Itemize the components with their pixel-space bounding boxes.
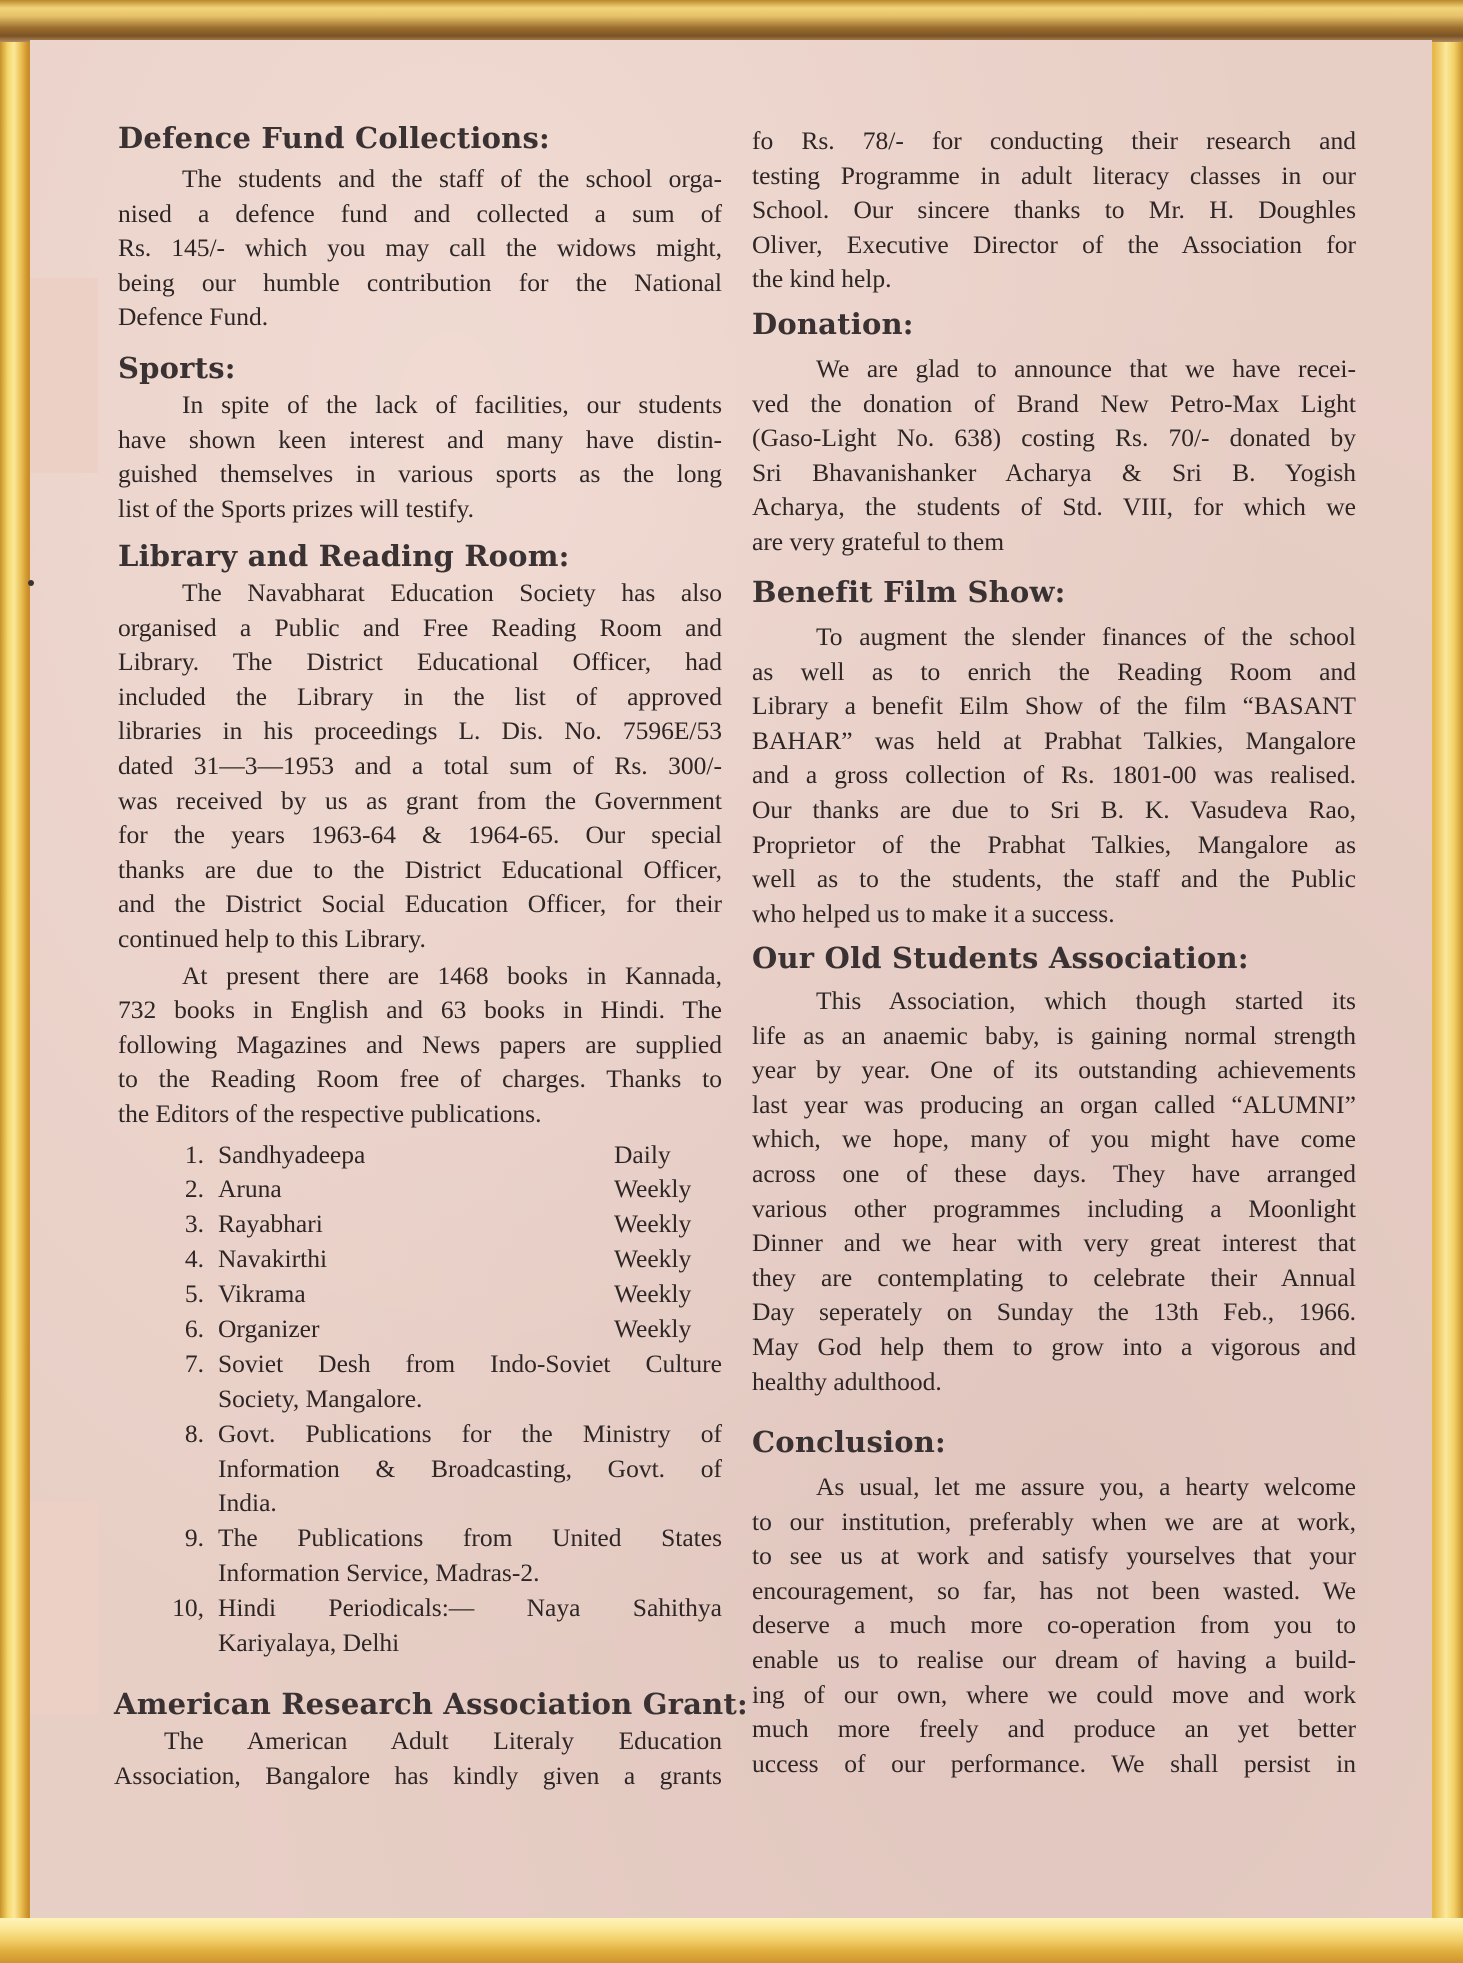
text-line: to see us at work and satisfy yourselves… <box>752 1539 1356 1574</box>
text-line: Library. The District Educational Office… <box>118 645 722 680</box>
publication-name: Sandhyadeepa <box>218 1138 365 1173</box>
section-old-students-association: Our Old Students Association: This Assoc… <box>752 938 1356 1399</box>
publication-frequency: Weekly <box>614 1277 691 1312</box>
paragraph: We are glad to announce that we have rec… <box>752 352 1356 560</box>
section-heading: Benefit Film Show: <box>752 572 1356 612</box>
text-line: Soviet Desh from Indo-Soviet Culture <box>218 1347 722 1382</box>
text-line: the Editors of the respective publicatio… <box>118 1097 722 1132</box>
text-line: We are glad to announce that we have rec… <box>752 352 1356 387</box>
section-heading: Our Old Students Association: <box>752 938 1356 978</box>
text-line: life as an anaemic baby, is gaining norm… <box>752 1019 1356 1054</box>
text-line: healthy adulthood. <box>752 1365 1356 1400</box>
text-line: School. Our sincere thanks to Mr. H. Dou… <box>752 193 1356 228</box>
paragraph: The American Adult Literaly Education As… <box>114 1724 722 1793</box>
section-heading: Defence Fund Collections: <box>118 118 722 158</box>
section-benefit-film-show: Benefit Film Show: To augment the slende… <box>752 572 1356 931</box>
text-line: nised a defence fund and collected a sum… <box>118 197 722 232</box>
text-line: Sri Bhavanishanker Acharya & Sri B. Yogi… <box>752 456 1356 491</box>
text-line: At present there are 1468 books in Kanna… <box>118 959 722 994</box>
section-american-grant-continued: fo Rs. 78/- for conducting their researc… <box>752 124 1356 297</box>
text-line: was received by us as grant from the Gov… <box>118 784 722 819</box>
text-line: To augment the slender finances of the s… <box>752 620 1356 655</box>
text-line: Our thanks are due to Sri B. K. Vasudeva… <box>752 793 1356 828</box>
text-line: Hindi Periodicals:— Naya Sahithya <box>218 1591 722 1626</box>
text-line: India. <box>218 1486 722 1521</box>
text-line: organised a Public and Free Reading Room… <box>118 611 722 646</box>
text-line: much more freely and produce an yet bett… <box>752 1712 1356 1747</box>
item-number: 2. <box>158 1172 204 1207</box>
list-item: 6. Organizer Weekly <box>158 1312 722 1347</box>
text-line: Society, Mangalore. <box>218 1382 722 1417</box>
publication-name: Aruna <box>218 1172 282 1207</box>
text-line: The Publications from United States <box>218 1521 722 1556</box>
text-line: Information & Broadcasting, Govt. of <box>218 1452 722 1487</box>
text-line: Library a benefit Eilm Show of the film … <box>752 689 1356 724</box>
item-number: 1. <box>158 1138 204 1173</box>
publication-frequency: Weekly <box>614 1242 691 1277</box>
text-line: ved the donation of Brand New Petro-Max … <box>752 387 1356 422</box>
text-line: following Magazines and News papers are … <box>118 1028 722 1063</box>
item-number: 3. <box>158 1207 204 1242</box>
list-item: 10, Hindi Periodicals:— Naya Sahithya Ka… <box>158 1591 722 1661</box>
text-line: thanks are due to the District Education… <box>118 853 722 888</box>
publication-name: Navakirthi <box>218 1242 327 1277</box>
section-heading: Donation: <box>752 304 1356 344</box>
text-line: uccess of our performance. We shall pers… <box>752 1747 1356 1782</box>
text-line: Kariyalaya, Delhi <box>218 1626 722 1661</box>
text-line: Govt. Publications for the Ministry of <box>218 1417 722 1452</box>
text-line: Day seperately on Sunday the 13th Feb., … <box>752 1295 1356 1330</box>
paragraph: To augment the slender finances of the s… <box>752 620 1356 931</box>
publication-frequency: Weekly <box>614 1312 691 1347</box>
text-line: Proprietor of the Prabhat Talkies, Manga… <box>752 828 1356 863</box>
text-line: continued help to this Library. <box>118 922 722 957</box>
section-heading: Sports: <box>118 348 722 388</box>
ink-speck <box>28 580 34 586</box>
item-number: 4. <box>158 1242 204 1277</box>
text-line: Association, Bangalore has kindly given … <box>114 1759 722 1794</box>
publication-name: Vikrama <box>218 1277 306 1312</box>
text-line: May God help them to grow into a vigorou… <box>752 1330 1356 1365</box>
text-line: across one of these days. They have arra… <box>752 1157 1356 1192</box>
text-line: last year was producing an organ called … <box>752 1088 1356 1123</box>
text-line: which, we hope, many of you might have c… <box>752 1122 1356 1157</box>
text-line: As usual, let me assure you, a hearty we… <box>752 1470 1356 1505</box>
item-number: 9. <box>158 1521 204 1556</box>
text-line: fo Rs. 78/- for conducting their researc… <box>752 124 1356 159</box>
text-line: ing of our own, where we could move and … <box>752 1678 1356 1713</box>
paragraph: This Association, which though started i… <box>752 984 1356 1399</box>
text-line: guished themselves in various sports as … <box>118 457 722 492</box>
text-line: enable us to realise our dream of having… <box>752 1643 1356 1678</box>
text-line: Oliver, Executive Director of the Associ… <box>752 228 1356 263</box>
text-line: In spite of the lack of facilities, our … <box>118 388 722 423</box>
list-item: 4. Navakirthi Weekly <box>158 1242 722 1277</box>
section-sports: Sports: In spite of the lack of faciliti… <box>118 348 722 526</box>
text-line: 732 books in English and 63 books in Hin… <box>118 993 722 1028</box>
frame-bottom-edge <box>0 1918 1463 1963</box>
text-line: for the years 1963-64 & 1964-65. Our spe… <box>118 818 722 853</box>
section-american-grant: American Research Association Grant: The… <box>114 1684 722 1793</box>
item-number: 6. <box>158 1312 204 1347</box>
paper-patch <box>30 1502 98 1714</box>
paper-patch <box>30 278 98 473</box>
section-heading: Conclusion: <box>752 1422 1356 1462</box>
publication-name: Organizer <box>218 1312 319 1347</box>
section-heading: American Research Association Grant: <box>114 1684 722 1724</box>
list-item: 8. Govt. Publications for the Ministry o… <box>158 1417 722 1522</box>
paragraph: The Navabharat Education Society has als… <box>118 576 722 957</box>
list-item: 3. Rayabhari Weekly <box>158 1207 722 1242</box>
text-line: libraries in his proceedings L. Dis. No.… <box>118 714 722 749</box>
item-number: 10, <box>158 1591 204 1626</box>
item-number: 7. <box>158 1347 204 1382</box>
list-item: 9. The Publications from United States I… <box>158 1521 722 1591</box>
text-line: Dinner and we hear with very great inter… <box>752 1226 1356 1261</box>
text-line: various other programmes including a Moo… <box>752 1192 1356 1227</box>
text-line: The Navabharat Education Society has als… <box>118 576 722 611</box>
publications-list: 1. Sandhyadeepa Daily 2. Aruna Weekly 3.… <box>158 1138 722 1661</box>
text-line: Defence Fund. <box>118 300 722 335</box>
text-line: year by year. One of its outstanding ach… <box>752 1053 1356 1088</box>
text-line: they are contemplating to celebrate thei… <box>752 1261 1356 1296</box>
section-donation: Donation: We are glad to announce that w… <box>752 304 1356 560</box>
section-heading: Library and Reading Room: <box>118 536 722 576</box>
publication-frequency: Weekly <box>614 1207 691 1242</box>
frame-top-edge <box>0 0 1463 42</box>
section-defence-fund: Defence Fund Collections: The students a… <box>118 118 722 335</box>
list-item: 5. Vikrama Weekly <box>158 1277 722 1312</box>
section-library: Library and Reading Room: The Navabharat… <box>118 536 722 1661</box>
list-item: 7. Soviet Desh from Indo-Soviet Culture … <box>158 1347 722 1417</box>
paragraph: The students and the staff of the school… <box>118 162 722 335</box>
text-line: being our humble contribution for the Na… <box>118 266 722 301</box>
text-line: have shown keen interest and many have d… <box>118 423 722 458</box>
text-line: Rs. 145/- which you may call the widows … <box>118 231 722 266</box>
text-line: as well as to enrich the Reading Room an… <box>752 655 1356 690</box>
text-line: (Gaso-Light No. 638) costing Rs. 70/- do… <box>752 421 1356 456</box>
text-line: and a gross collection of Rs. 1801-00 wa… <box>752 758 1356 793</box>
text-line: Acharya, the students of Std. VIII, for … <box>752 490 1356 525</box>
text-line: The American Adult Literaly Education <box>114 1724 722 1759</box>
text-line: to the Reading Room free of charges. Tha… <box>118 1062 722 1097</box>
text-line: included the Library in the list of appr… <box>118 680 722 715</box>
list-item: 2. Aruna Weekly <box>158 1172 722 1207</box>
text-line: the kind help. <box>752 262 1356 297</box>
text-line: and the District Social Education Office… <box>118 887 722 922</box>
text-line: Information Service, Madras-2. <box>218 1556 722 1591</box>
text-line: BAHAR” was held at Prabhat Talkies, Mang… <box>752 724 1356 759</box>
publication-frequency: Daily <box>614 1138 671 1173</box>
text-line: dated 31—3—1953 and a total sum of Rs. 3… <box>118 749 722 784</box>
text-line: list of the Sports prizes will testify. <box>118 492 722 527</box>
paragraph: As usual, let me assure you, a hearty we… <box>752 1470 1356 1781</box>
item-number: 5. <box>158 1277 204 1312</box>
paragraph: At present there are 1468 books in Kanna… <box>118 959 722 1132</box>
text-line: to our institution, preferably when we a… <box>752 1505 1356 1540</box>
text-line: who helped us to make it a success. <box>752 897 1356 932</box>
section-conclusion: Conclusion: As usual, let me assure you,… <box>752 1422 1356 1781</box>
publication-frequency: Weekly <box>614 1172 691 1207</box>
paragraph: In spite of the lack of facilities, our … <box>118 388 722 526</box>
text-line: This Association, which though started i… <box>752 984 1356 1019</box>
text-line: testing Programme in adult literacy clas… <box>752 159 1356 194</box>
list-item: 1. Sandhyadeepa Daily <box>158 1138 722 1173</box>
text-line: encouragement, so far, has not been wast… <box>752 1574 1356 1609</box>
item-number: 8. <box>158 1417 204 1452</box>
text-line: are very grateful to them <box>752 525 1356 560</box>
text-line: The students and the staff of the school… <box>118 162 722 197</box>
publication-name: Rayabhari <box>218 1207 323 1242</box>
text-line: deserve a much more co-operation from yo… <box>752 1608 1356 1643</box>
paragraph: fo Rs. 78/- for conducting their researc… <box>752 124 1356 297</box>
text-line: well as to the students, the staff and t… <box>752 862 1356 897</box>
